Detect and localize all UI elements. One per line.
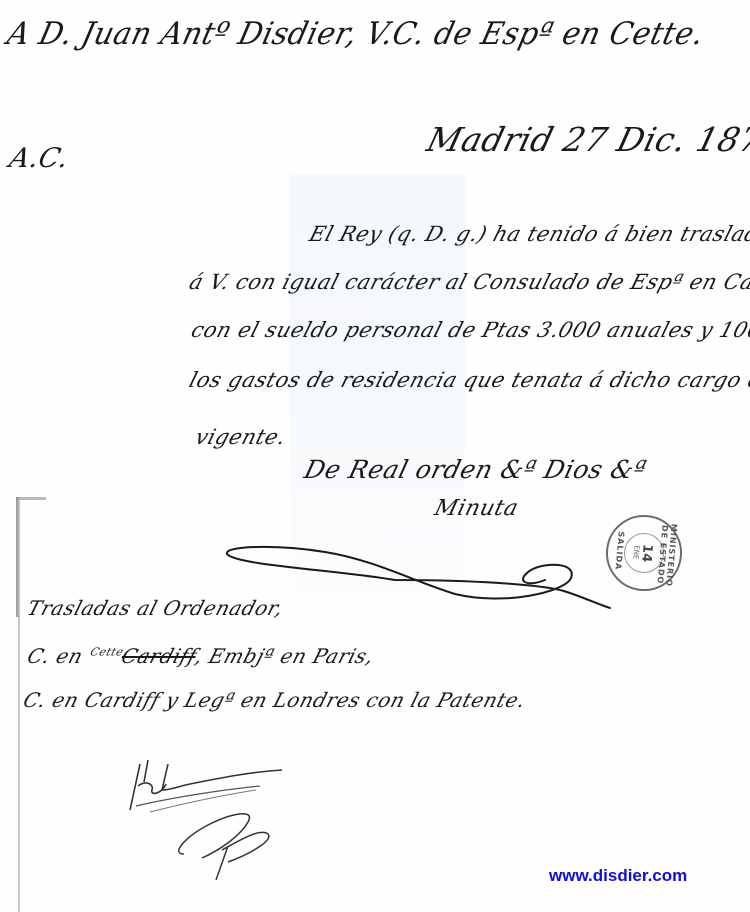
note-line-2-struck: Cardiff bbox=[119, 644, 199, 668]
website-watermark: www.disdier.com bbox=[549, 866, 687, 886]
note-line-2-prefix: C. en bbox=[25, 644, 86, 668]
fold-crease bbox=[16, 497, 20, 617]
abbreviation: A.C. bbox=[6, 143, 72, 174]
addressee-line: A D. Juan Antº Disdier, V.C. de Espª en … bbox=[4, 16, 708, 52]
fold-mark-top bbox=[16, 497, 46, 500]
rubric-signature-icon bbox=[110, 750, 310, 880]
document-page: A D. Juan Antº Disdier, V.C. de Espª en … bbox=[0, 0, 750, 912]
body-line-3: con el sueldo personal de Ptas 3.000 anu… bbox=[189, 318, 750, 342]
stamp-top-text: MINISTERIO DE ESTADO bbox=[655, 518, 679, 591]
note-line-2-suffix: , Embjª en Paris, bbox=[192, 644, 377, 668]
ministry-stamp: MINISTERIO DE ESTADO 14 ENE SALIDA bbox=[603, 512, 685, 594]
body-line-2: á V. con igual carácter al Consulado de … bbox=[187, 270, 750, 294]
fold-crease-lower bbox=[18, 617, 20, 912]
closing-formula: De Real orden &ª Dios &ª bbox=[301, 455, 649, 484]
body-line-1: El Rey (q. D. g.) ha tenido á bien trasl… bbox=[307, 222, 750, 246]
body-line-4: los gastos de residencia que tenata á di… bbox=[187, 368, 750, 392]
minuta-label: Minuta bbox=[432, 496, 521, 521]
note-line-3: C. en Cardiff y Legª en Londres con la P… bbox=[21, 688, 529, 712]
note-line-1: Trasladas al Ordenador, bbox=[25, 596, 287, 620]
date-line: Madrid 27 Dic. 1871 bbox=[423, 120, 750, 159]
note-line-2-inserted: Cette bbox=[89, 645, 126, 658]
note-line-2: C. en CetteCardiff, Embjª en Paris, bbox=[25, 644, 377, 668]
body-line-5: vigente. bbox=[193, 425, 289, 449]
